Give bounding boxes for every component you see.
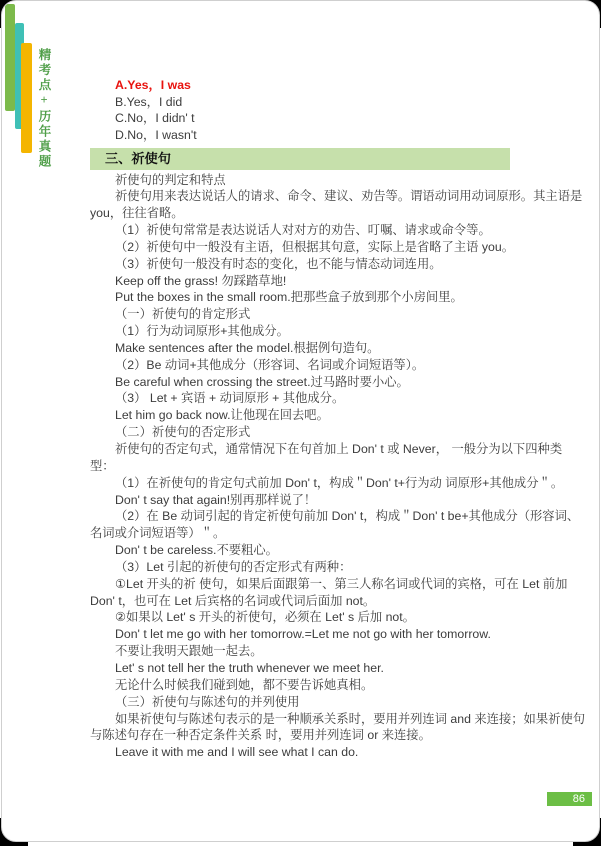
text-line: Let him go back now.让他现在回去吧。 bbox=[90, 407, 511, 424]
text-line: （2）在 Be 动词引起的肯定祈使句前加 Don' t，构成＂Don' t be… bbox=[90, 508, 511, 525]
sidebar-vertical-label: 精考点+历年真题 bbox=[35, 48, 53, 178]
text-line: （3）祈使句一般没有时态的变化，也不能与情态动词连用。 bbox=[90, 256, 511, 273]
text-line: （一）祈使句的肯定形式 bbox=[90, 306, 511, 323]
text-line: 祈使句用来表达说话人的请求、命令、建议、劝告等。谓语动词用动词原形。其主语是 bbox=[90, 188, 511, 205]
text-line: 与陈述句存在一种否定条件关系 时，要用并列连词 or 来连接。 bbox=[90, 727, 511, 744]
text-line: Don' t let me go with her tomorrow.=Let … bbox=[90, 626, 511, 643]
text-line: Put the boxes in the small room.把那些盒子放到那… bbox=[90, 289, 511, 306]
text-line: 祈使句的判定和特点 bbox=[90, 172, 511, 189]
option-d: D.No，I wasn't bbox=[115, 127, 197, 144]
text-line: （1）在祈使句的肯定句式前加 Don' t，构成＂Don' t+行为动 词原形+… bbox=[90, 475, 511, 492]
text-line: Let' s not tell her the truth whenever w… bbox=[90, 660, 511, 677]
text-line: you，往往省略。 bbox=[90, 205, 511, 222]
text-line: Be careful when crossing the street.过马路时… bbox=[90, 374, 511, 391]
text-line: （3） Let + 宾语 + 动词原形 + 其他成分。 bbox=[90, 390, 511, 407]
text-line: ②如果以 Let' s 开头的祈使句，必须在 Let' s 后加 not。 bbox=[90, 609, 511, 626]
text-line: （三）祈使句与陈述句的并列使用 bbox=[90, 694, 511, 711]
text-line: （2）Be 动词+其他成分（形容词、名词或介词短语等）。 bbox=[90, 357, 511, 374]
section-heading-bar: 三、祈使句 bbox=[90, 148, 510, 170]
option-a: A.Yes，I was bbox=[115, 77, 197, 94]
text-line: ①Let 开头的祈 使句，如果后面跟第一、第三人称名词或代词的宾格，可在 Let… bbox=[90, 576, 511, 593]
text-line: 型： bbox=[90, 458, 511, 475]
text-line: （1）行为动词原形+其他成分。 bbox=[90, 323, 511, 340]
text-line: Don' t be careless.不要粗心。 bbox=[90, 542, 511, 559]
option-c: C.No，I didn' t bbox=[115, 110, 197, 127]
text-line: 如果祈使句与陈述句表示的是一种顺承关系时，要用并列连词 and 来连接；如果祈使… bbox=[90, 711, 511, 728]
text-line: （2）祈使句中一般没有主语，但根据其句意，实际上是省略了主语 you。 bbox=[90, 239, 511, 256]
sidebar-yellow-bar bbox=[21, 43, 32, 153]
text-line: （3）Let 引起的祈使句的否定形式有两种： bbox=[90, 559, 511, 576]
text-line: Don' t，也可在 Let 后宾格的名词或代词后面加 not。 bbox=[90, 593, 511, 610]
sidebar-green-bar bbox=[5, 4, 15, 111]
page-number-badge: 86 bbox=[547, 792, 592, 806]
section-heading: 三、祈使句 bbox=[90, 148, 510, 170]
text-line: 无论什么时候我们碰到她，都不要告诉她真相。 bbox=[90, 677, 511, 694]
text-line: （1）祈使句常常是表达说话人对对方的劝告、叮嘱、请求或命令等。 bbox=[90, 222, 511, 239]
content-lines: 祈使句的判定和特点祈使句用来表达说话人的请求、命令、建议、劝告等。谓语动词用动词… bbox=[90, 172, 511, 762]
answer-options: A.Yes，I was B.Yes，I did C.No，I didn' t D… bbox=[115, 77, 197, 144]
text-line: 不要让我明天跟她一起去。 bbox=[90, 643, 511, 660]
text-line: 祈使句的否定句式，通常情况下在句首加上 Don' t 或 Never， 一般分为… bbox=[90, 441, 511, 458]
text-line: Don' t say that again!别再那样说了！ bbox=[90, 492, 511, 509]
text-line: （二）祈使句的否定形式 bbox=[90, 424, 511, 441]
text-line: Leave it with me and I will see what I c… bbox=[90, 744, 511, 761]
document-page: 精考点+历年真题 A.Yes，I was B.Yes，I did C.No，I … bbox=[1, 0, 600, 842]
text-line: Make sentences after the model.根据例句造句。 bbox=[90, 340, 511, 357]
text-line: 名词或介词短语等）＂。 bbox=[90, 525, 511, 542]
text-line: Keep off the grass! 勿踩踏草地! bbox=[90, 273, 511, 290]
option-b: B.Yes，I did bbox=[115, 94, 197, 111]
